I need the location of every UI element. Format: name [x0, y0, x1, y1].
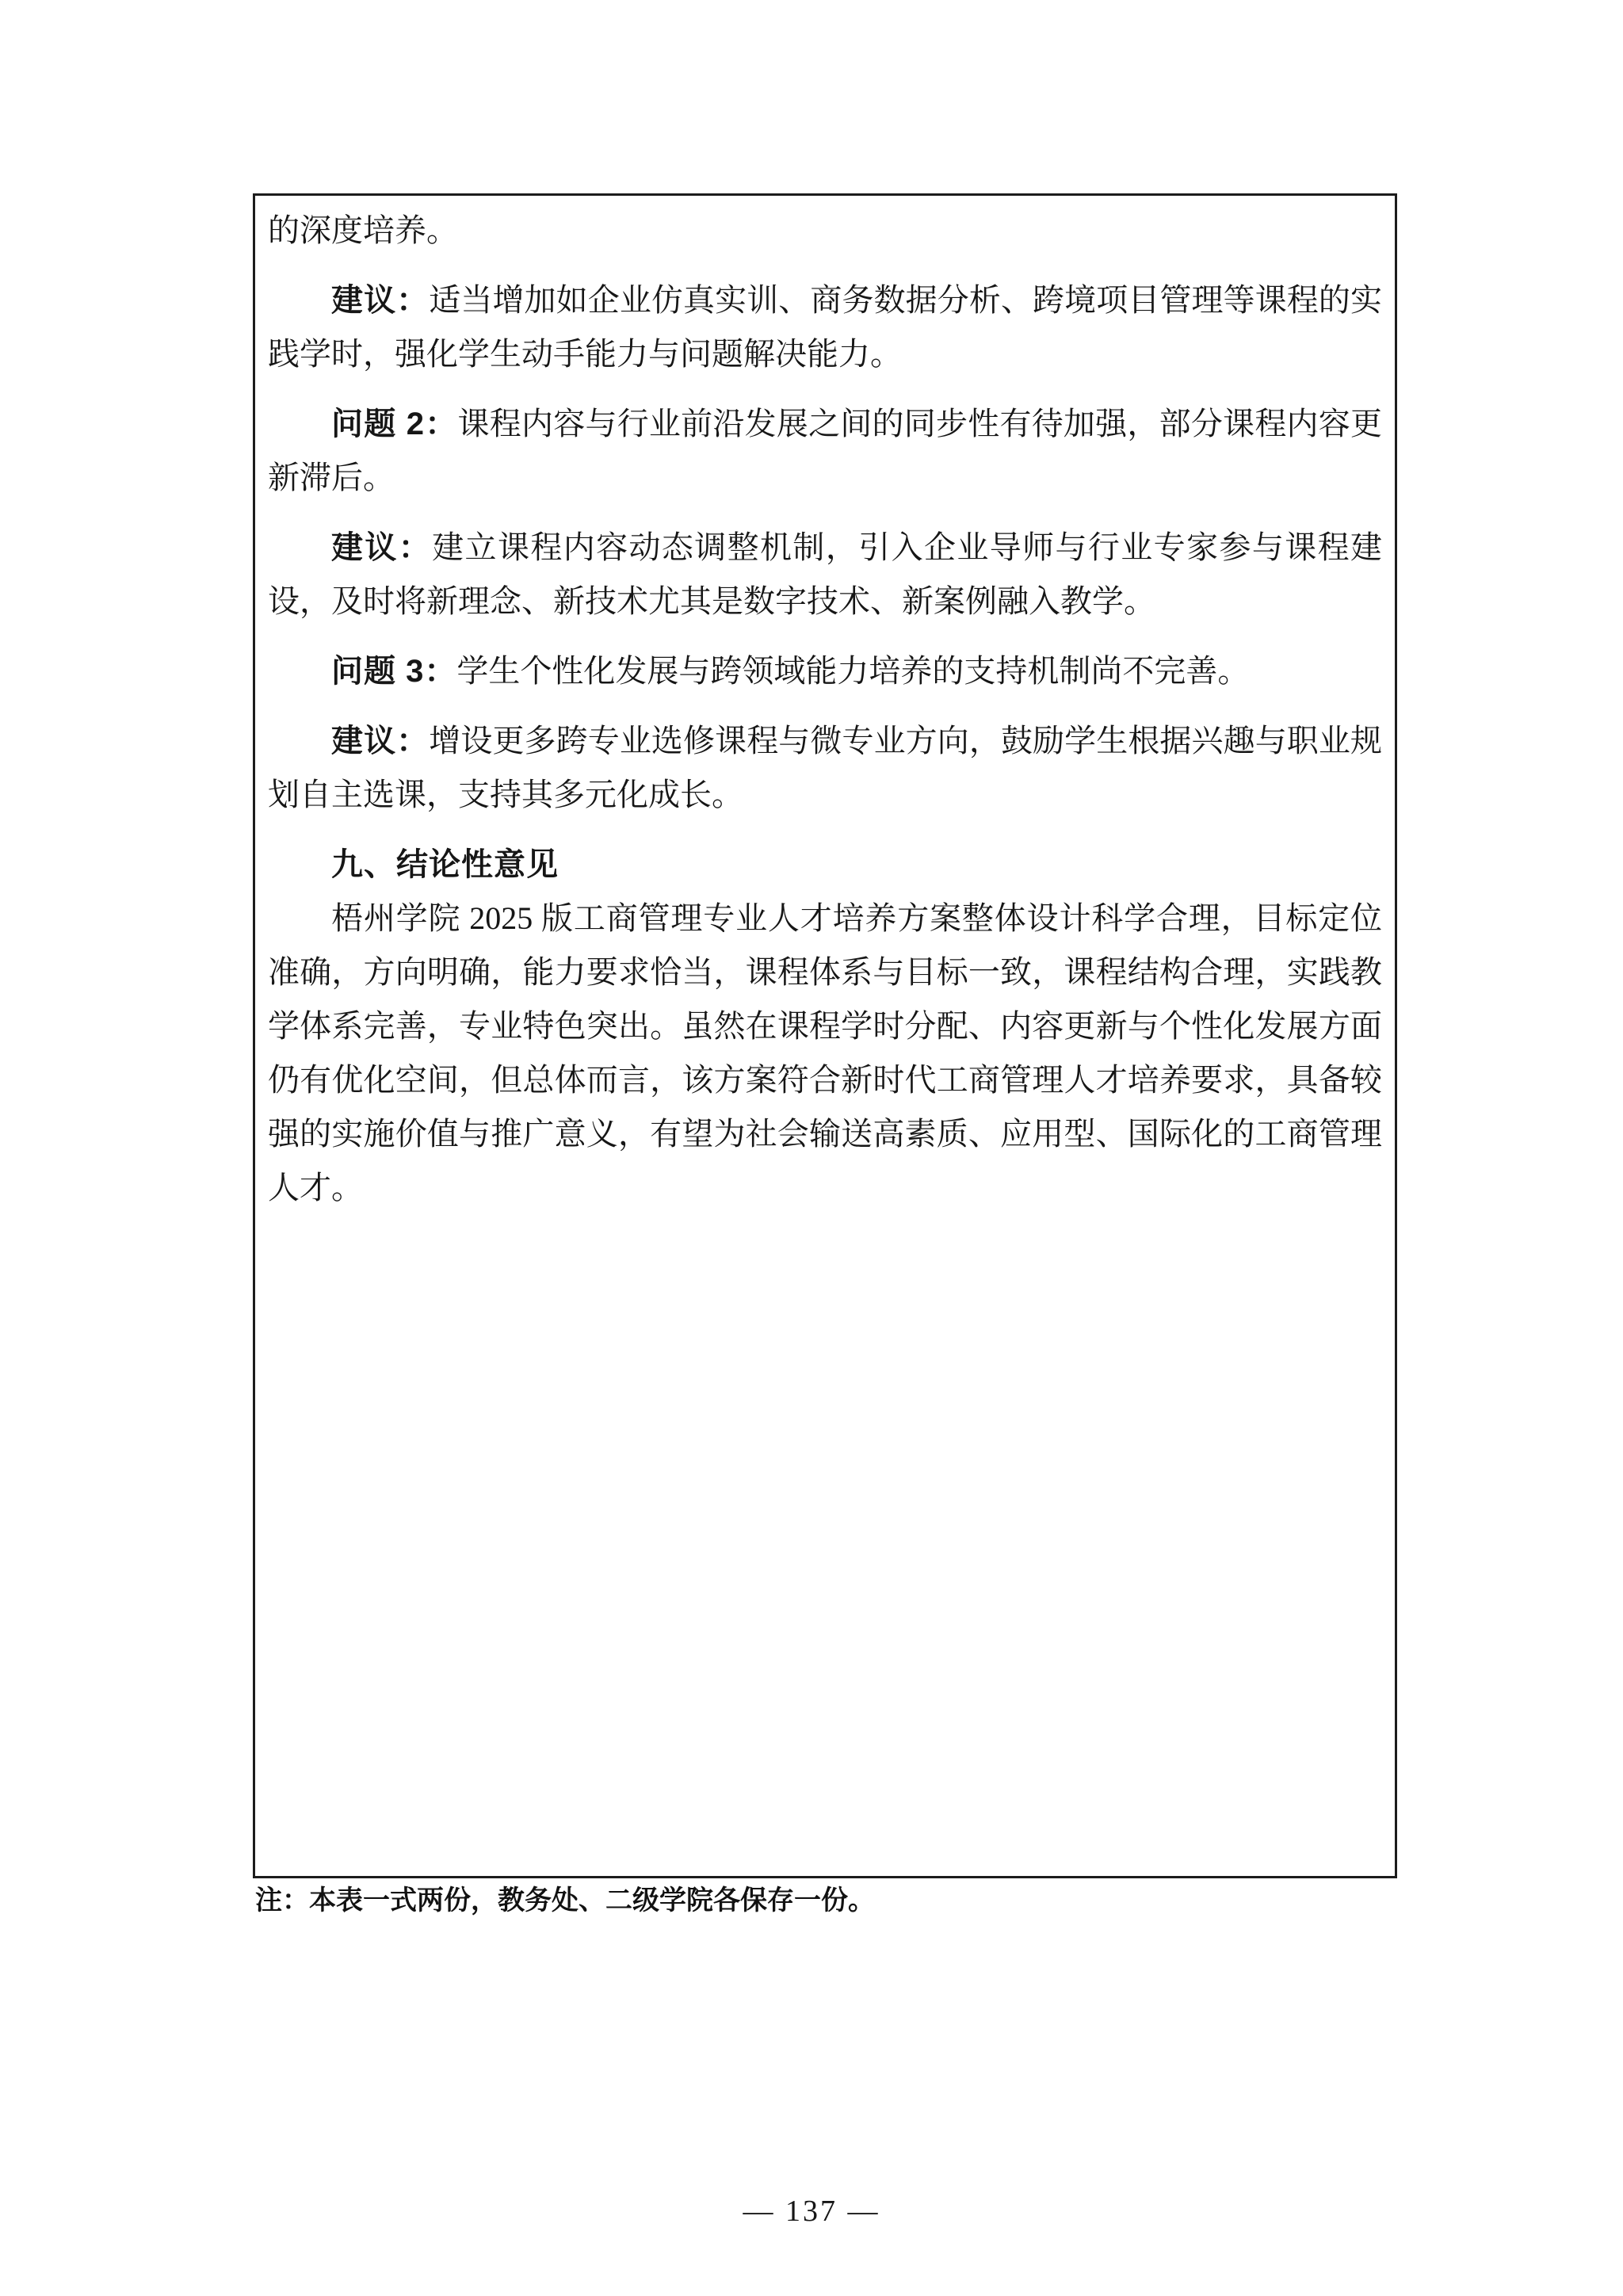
continuation-text: 的深度培养。 — [268, 204, 1382, 258]
paragraph-suggestion-1: 建议：适当增加如企业仿真实训、商务数据分析、跨境项目管理等课程的实践学时，强化学… — [268, 273, 1382, 381]
content-box: 的深度培养。 建议：适当增加如企业仿真实训、商务数据分析、跨境项目管理等课程的实… — [253, 193, 1397, 1878]
suggestion-2-label: 建议： — [331, 530, 432, 565]
suggestion-3-label: 建议： — [331, 724, 429, 758]
footnote: 注：本表一式两份，教务处、二级学院各保存一份。 — [255, 1883, 875, 1918]
suggestion-1-label: 建议： — [331, 283, 429, 318]
section-heading-conclusion: 九、结论性意见 — [268, 838, 1382, 892]
suggestion-3-text: 增设更多跨专业选修课程与微专业方向，鼓励学生根据兴趣与职业规划自主选课，支持其多… — [268, 723, 1382, 812]
conclusion-paragraph: 梧州学院 2025 版工商管理专业人才培养方案整体设计科学合理，目标定位准确，方… — [268, 892, 1382, 1215]
problem-2-label: 问题 2： — [331, 407, 458, 441]
suggestion-2-text: 建立课程内容动态调整机制，引入企业导师与行业专家参与课程建设，及时将新理念、新技… — [268, 529, 1382, 619]
page-number: — 137 — — [0, 2194, 1623, 2229]
paragraph-problem-2: 问题 2：课程内容与行业前沿发展之间的同步性有待加强，部分课程内容更新滞后。 — [268, 397, 1382, 505]
paragraph-suggestion-2: 建议：建立课程内容动态调整机制，引入企业导师与行业专家参与课程建设，及时将新理念… — [268, 521, 1382, 628]
suggestion-1-text: 适当增加如企业仿真实训、商务数据分析、跨境项目管理等课程的实践学时，强化学生动手… — [268, 282, 1382, 372]
paragraph-problem-3: 问题 3：学生个性化发展与跨领域能力培养的支持机制尚不完善。 — [268, 644, 1382, 698]
paragraph-suggestion-3: 建议：增设更多跨专业选修课程与微专业方向，鼓励学生根据兴趣与职业规划自主选课，支… — [268, 714, 1382, 822]
problem-3-text: 学生个性化发展与跨领域能力培养的支持机制尚不完善。 — [456, 653, 1249, 689]
problem-3-label: 问题 3： — [331, 654, 456, 689]
